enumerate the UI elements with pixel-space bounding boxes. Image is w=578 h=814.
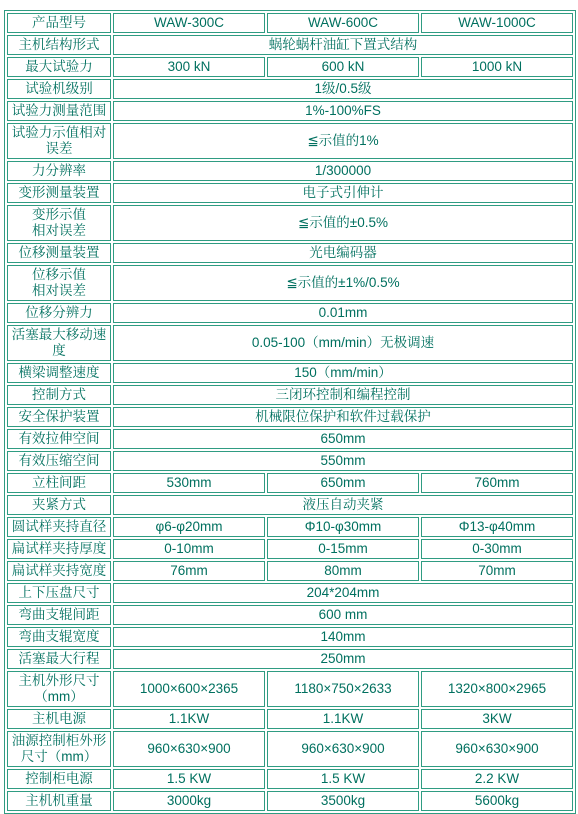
spec-value: 76mm — [113, 561, 265, 581]
spec-value: 2.2 KW — [421, 769, 573, 789]
spec-value: 1320×800×2965 — [421, 671, 573, 707]
spec-value: 250mm — [113, 649, 573, 669]
row-machine-class: 试验机级别 1级/0.5级 — [7, 79, 573, 99]
spec-value: 0.05-100（mm/min）无极调速 — [113, 325, 573, 361]
spec-label: 控制方式 — [7, 385, 111, 405]
spec-value: ≦示值的±0.5% — [113, 205, 573, 241]
spec-value: 液压自动夹紧 — [113, 495, 573, 515]
spec-value: 三闭环控制和编程控制 — [113, 385, 573, 405]
row-oil-cabinet-dimensions: 油源控制柜外形 尺寸（mm） 960×630×900 960×630×900 9… — [7, 731, 573, 767]
spec-label: 横梁调整速度 — [7, 363, 111, 383]
spec-table: 产品型号 WAW-300C WAW-600C WAW-1000C 主机结构形式 … — [4, 10, 576, 814]
row-bending-roller-spacing: 弯曲支辊间距 600 mm — [7, 605, 573, 625]
spec-label: 变形示值 相对误差 — [7, 205, 111, 241]
spec-label: 位移分辨力 — [7, 303, 111, 323]
row-control-cabinet-power: 控制柜电源 1.5 KW 1.5 KW 2.2 KW — [7, 769, 573, 789]
spec-label: 活塞最大行程 — [7, 649, 111, 669]
row-flat-specimen-width: 扁试样夹持宽度 76mm 80mm 70mm — [7, 561, 573, 581]
spec-value: 0-10mm — [113, 539, 265, 559]
spec-label: 变形测量装置 — [7, 183, 111, 203]
spec-label: 活塞最大移动速 度 — [7, 325, 111, 361]
spec-value: 150（mm/min） — [113, 363, 573, 383]
row-crossbeam-adjust-speed: 横梁调整速度 150（mm/min） — [7, 363, 573, 383]
spec-label: 控制柜电源 — [7, 769, 111, 789]
spec-value: 1.5 KW — [267, 769, 419, 789]
row-displacement-resolution: 位移分辨力 0.01mm — [7, 303, 573, 323]
row-column-spacing: 立柱间距 530mm 650mm 760mm — [7, 473, 573, 493]
spec-label: 弯曲支辊间距 — [7, 605, 111, 625]
spec-label: 圆试样夹持直径 — [7, 517, 111, 537]
spec-label: 主机结构形式 — [7, 35, 111, 55]
spec-value: 760mm — [421, 473, 573, 493]
spec-value: Φ13-φ40mm — [421, 517, 573, 537]
spec-label: 上下压盘尺寸 — [7, 583, 111, 603]
spec-label: 弯曲支辊宽度 — [7, 627, 111, 647]
row-flat-specimen-thickness: 扁试样夹持厚度 0-10mm 0-15mm 0-30mm — [7, 539, 573, 559]
row-structure-type: 主机结构形式 蜗轮蜗杆油缸下置式结构 — [7, 35, 573, 55]
row-piston-max-stroke: 活塞最大行程 250mm — [7, 649, 573, 669]
spec-value: 1180×750×2633 — [267, 671, 419, 707]
spec-value: 0-15mm — [267, 539, 419, 559]
spec-value: 3KW — [421, 709, 573, 729]
spec-value: 1%-100%FS — [113, 101, 573, 121]
spec-label: 扁试样夹持厚度 — [7, 539, 111, 559]
spec-value: 650mm — [267, 473, 419, 493]
spec-value: φ6-φ20mm — [113, 517, 265, 537]
spec-label: 最大试验力 — [7, 57, 111, 77]
spec-value: WAW-1000C — [421, 13, 573, 33]
spec-value: 机械限位保护和软件过载保护 — [113, 407, 573, 427]
spec-value: 140mm — [113, 627, 573, 647]
spec-value: 1.1KW — [113, 709, 265, 729]
spec-value: 960×630×900 — [113, 731, 265, 767]
row-control-mode: 控制方式 三闭环控制和编程控制 — [7, 385, 573, 405]
spec-value: 1000×600×2365 — [113, 671, 265, 707]
spec-page: 产品型号 WAW-300C WAW-600C WAW-1000C 主机结构形式 … — [0, 0, 578, 768]
spec-value: 600 mm — [113, 605, 573, 625]
row-round-specimen-diameter: 圆试样夹持直径 φ6-φ20mm Φ10-φ30mm Φ13-φ40mm — [7, 517, 573, 537]
row-force-measure-range: 试验力测量范围 1%-100%FS — [7, 101, 573, 121]
spec-label: 有效压缩空间 — [7, 451, 111, 471]
spec-value: 0.01mm — [113, 303, 573, 323]
spec-value: 1000 kN — [421, 57, 573, 77]
row-displacement-indication-error: 位移示值 相对误差 ≦示值的±1%/0.5% — [7, 265, 573, 301]
spec-label: 力分辨率 — [7, 161, 111, 181]
spec-value: 1.1KW — [267, 709, 419, 729]
row-platen-size: 上下压盘尺寸 204*204mm — [7, 583, 573, 603]
spec-label: 油源控制柜外形 尺寸（mm） — [7, 731, 111, 767]
spec-label: 试验力示值相对 误差 — [7, 123, 111, 159]
spec-value: 960×630×900 — [267, 731, 419, 767]
spec-value: 300 kN — [113, 57, 265, 77]
spec-table-body: 产品型号 WAW-300C WAW-600C WAW-1000C 主机结构形式 … — [7, 13, 573, 811]
spec-value: WAW-600C — [267, 13, 419, 33]
row-force-indication-error: 试验力示值相对 误差 ≦示值的1% — [7, 123, 573, 159]
row-max-test-force: 最大试验力 300 kN 600 kN 1000 kN — [7, 57, 573, 77]
spec-value: 3500kg — [267, 791, 419, 811]
spec-label: 安全保护装置 — [7, 407, 111, 427]
spec-label: 主机机重量 — [7, 791, 111, 811]
row-host-power: 主机电源 1.1KW 1.1KW 3KW — [7, 709, 573, 729]
spec-label: 位移测量装置 — [7, 243, 111, 263]
spec-label: 试验机级别 — [7, 79, 111, 99]
row-effective-tension-space: 有效拉伸空间 650mm — [7, 429, 573, 449]
spec-label: 夹紧方式 — [7, 495, 111, 515]
spec-value: 960×630×900 — [421, 731, 573, 767]
spec-value: WAW-300C — [113, 13, 265, 33]
spec-value: 1.5 KW — [113, 769, 265, 789]
row-clamping-mode: 夹紧方式 液压自动夹紧 — [7, 495, 573, 515]
row-piston-max-speed: 活塞最大移动速 度 0.05-100（mm/min）无极调速 — [7, 325, 573, 361]
spec-value: ≦示值的±1%/0.5% — [113, 265, 573, 301]
row-bending-roller-width: 弯曲支辊宽度 140mm — [7, 627, 573, 647]
spec-value: 蜗轮蜗杆油缸下置式结构 — [113, 35, 573, 55]
spec-value: 80mm — [267, 561, 419, 581]
spec-label: 主机外形尺寸 （mm） — [7, 671, 111, 707]
spec-value: 5600kg — [421, 791, 573, 811]
spec-label: 产品型号 — [7, 13, 111, 33]
spec-value: 1级/0.5级 — [113, 79, 573, 99]
spec-value: 600 kN — [267, 57, 419, 77]
spec-label: 有效拉伸空间 — [7, 429, 111, 449]
row-host-weight: 主机机重量 3000kg 3500kg 5600kg — [7, 791, 573, 811]
row-deform-measure-device: 变形测量装置 电子式引伸计 — [7, 183, 573, 203]
row-host-dimensions: 主机外形尺寸 （mm） 1000×600×2365 1180×750×2633 … — [7, 671, 573, 707]
spec-value: 550mm — [113, 451, 573, 471]
spec-value: 电子式引伸计 — [113, 183, 573, 203]
spec-label: 主机电源 — [7, 709, 111, 729]
spec-value: 204*204mm — [113, 583, 573, 603]
spec-value: 光电编码器 — [113, 243, 573, 263]
row-product-model: 产品型号 WAW-300C WAW-600C WAW-1000C — [7, 13, 573, 33]
spec-label: 位移示值 相对误差 — [7, 265, 111, 301]
spec-value: Φ10-φ30mm — [267, 517, 419, 537]
row-displacement-measure-device: 位移测量装置 光电编码器 — [7, 243, 573, 263]
row-deform-indication-error: 变形示值 相对误差 ≦示值的±0.5% — [7, 205, 573, 241]
row-safety-protection: 安全保护装置 机械限位保护和软件过载保护 — [7, 407, 573, 427]
spec-value: 0-30mm — [421, 539, 573, 559]
spec-label: 扁试样夹持宽度 — [7, 561, 111, 581]
spec-label: 立柱间距 — [7, 473, 111, 493]
spec-value: 650mm — [113, 429, 573, 449]
spec-value: 530mm — [113, 473, 265, 493]
spec-value: 3000kg — [113, 791, 265, 811]
spec-value: ≦示值的1% — [113, 123, 573, 159]
row-force-resolution: 力分辨率 1/300000 — [7, 161, 573, 181]
spec-label: 试验力测量范围 — [7, 101, 111, 121]
row-effective-compression-space: 有效压缩空间 550mm — [7, 451, 573, 471]
spec-value: 70mm — [421, 561, 573, 581]
spec-value: 1/300000 — [113, 161, 573, 181]
